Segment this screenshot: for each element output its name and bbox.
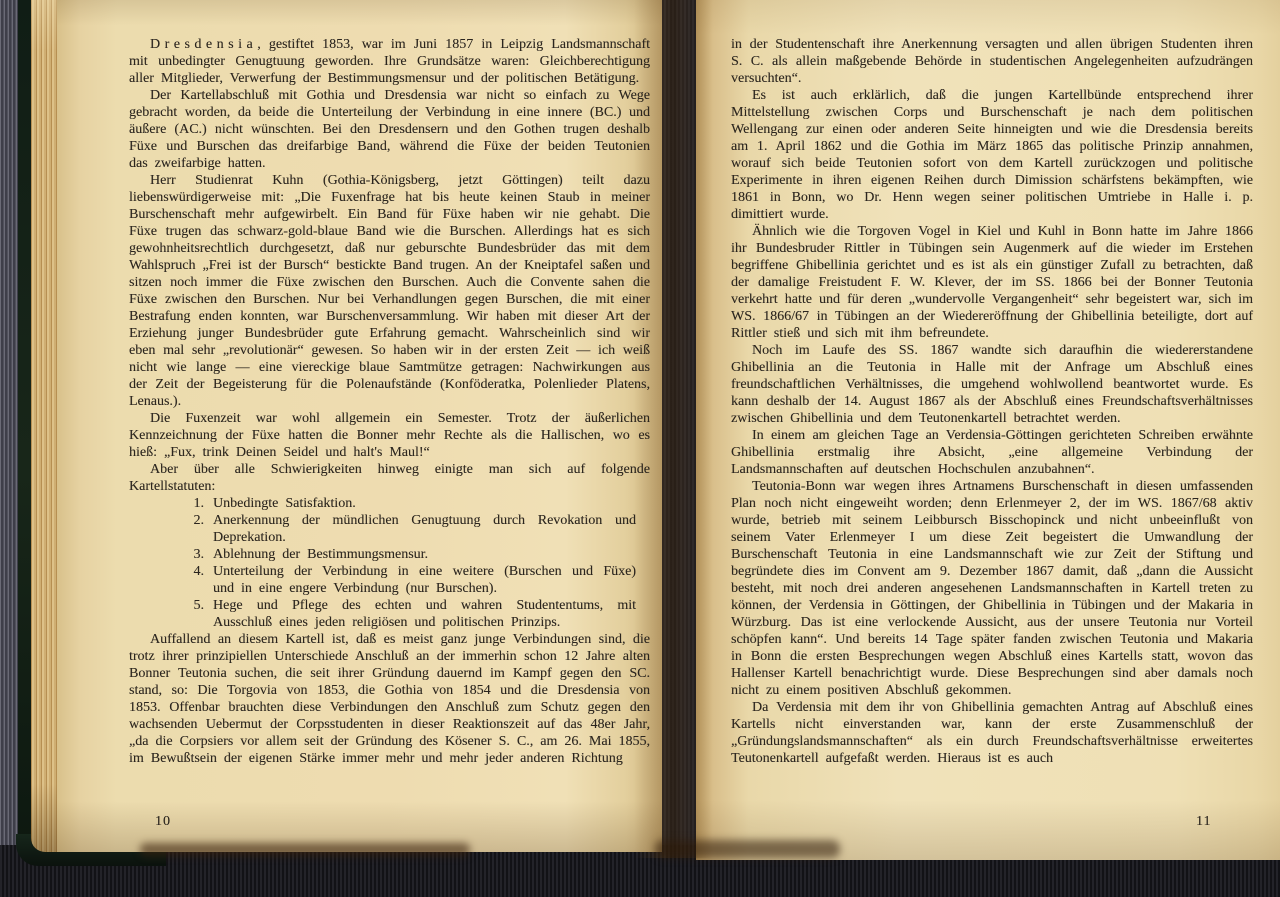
bottom-shadow-right (655, 840, 840, 858)
statutes-list: Unbedingte Satisfaktion. Anerkennung der… (187, 495, 636, 631)
paragraph-continuation: in der Studentenschaft ihre Anerkennung … (731, 36, 1253, 87)
page-stack-fore-edge (31, 0, 57, 852)
paragraph-fuxenzeit: Die Fuxenzeit war wohl allgemein ein Sem… (129, 410, 650, 461)
left-page-text: Dresdensia, gestiftet 1853, war im Juni … (129, 36, 650, 767)
paragraph-erklaerlich: Es ist auch erklärlich, daß die jungen K… (731, 87, 1253, 223)
book-scan-spread: Dresdensia, gestiftet 1853, war im Juni … (0, 0, 1280, 897)
paragraph-kuhn-zitat: Herr Studienrat Kuhn (Gothia-Königsberg,… (129, 172, 650, 410)
paragraph-da-verdensia: Da Verdensia mit dem ihr von Ghibellinia… (731, 699, 1253, 767)
paragraph-aehnlich: Ähnlich wie die Torgoven Vogel in Kiel u… (731, 223, 1253, 342)
paragraph-teutonia-bonn: Teutonia-Bonn war wegen ihres Artnamens … (731, 478, 1253, 699)
spaced-lead-word: Dresdensia (150, 37, 257, 52)
paragraph-noch-im-laufe: Noch im Laufe des SS. 1867 wandte sich d… (731, 342, 1253, 427)
right-page-text: in der Studentenschaft ihre Anerkennung … (731, 36, 1253, 767)
book-cover-edge (0, 0, 18, 845)
paragraph-verdensia-schreiben: In einem am gleichen Tage an Verdensia-G… (731, 427, 1253, 478)
statute-item: Unbedingte Satisfaktion. (211, 495, 636, 512)
book-cover-spine (18, 0, 31, 852)
statute-item: Unterteilung der Verbindung in eine weit… (211, 563, 636, 597)
page-number-right: 11 (1196, 814, 1211, 830)
page-number-left: 10 (155, 814, 171, 830)
statute-item: Hege und Pflege des echten und wahren St… (211, 597, 636, 631)
bottom-shadow-left (140, 843, 470, 856)
paragraph-kartellabschluss: Der Kartellabschluß mit Gothia und Dresd… (129, 87, 650, 172)
statute-item: Anerkennung der mündlichen Genugtuung du… (211, 512, 636, 546)
statute-item: Ablehnung der Bestimmungsmensur. (211, 546, 636, 563)
paragraph-dresdensia: Dresdensia, gestiftet 1853, war im Juni … (129, 36, 650, 87)
paragraph-kartellstatuten-intro: Aber über alle Schwierigkeiten hinweg ei… (129, 461, 650, 495)
paragraph-auffallend: Auffallend an diesem Kartell ist, daß es… (129, 631, 650, 767)
